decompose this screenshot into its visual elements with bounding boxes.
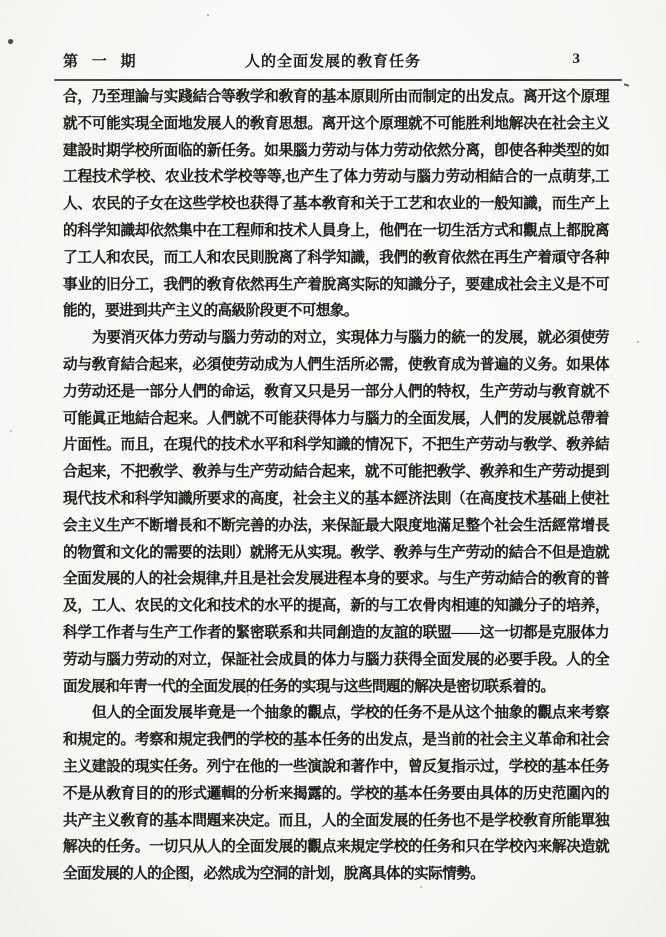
text-line: 工程技术学校、农业技术学校等等,也产生了体力劳动与腦力劳动相結合的一点萌芽,工 (63, 164, 609, 191)
text-line: 解决的任务。一切只从人的全面发展的觀点来規定学校的任务和只在学校內来解决造就 (63, 834, 609, 861)
text-line: 为要消灭体力劳动与腦力劳动的对立，实現体力与腦力的統一的发展，就必須使劳 (63, 325, 609, 352)
scan-artifact (247, 694, 249, 696)
text-line: 不是从敎育目的的形式邏輯的分析来揭露的。学校的基本任务要由具体的历史范圍內的 (63, 781, 609, 808)
text-line: 就不可能实現全面地发展人的敎育思想。离开这个原理就不可能胜利地解决在社会主义 (63, 111, 609, 138)
text-line: 事业的旧分工，我們的敎育依然再生产着脫离实际的知識分子，要建成社会主义是不可 (63, 272, 609, 299)
text-line: 及，工人、农民的文化和技术的水平的提高，新的与工农骨肉相連的知識分子的培养， (63, 593, 609, 620)
text-line: 力劳动还是一部分人們的命运，敎育又只是另一部分人們的特权，生产劳动与敎育就不 (63, 379, 609, 406)
text-line: 共产主义敎育的基本問題来决定。而且，人的全面发展的任务也不是学校敎育所能單独 (63, 808, 609, 835)
text-line: 的物質和文化的需要的法則）就將无从实現。敎学、敎养与生产劳动的結合不但是造就 (63, 540, 609, 567)
text-line: 会主义生产不断增長和不断完善的办法，来保証最大限度地滿足整个社会生活經常增長 (63, 513, 609, 540)
text-line: 建設时期学校所面临的新任务。如果腦力劳动与体力劳动依然分离，卽使各种类型的如 (63, 138, 609, 165)
page-title: 人的全面发展的敎育任务 (0, 50, 666, 71)
scan-artifact (637, 341, 639, 343)
header-rule-tick (624, 83, 629, 86)
text-line: 科学工作者与生产工作者的緊密联系和共同創造的友誼的联盟——这一切都是克服体力 (63, 620, 609, 647)
page-number: 3 (573, 51, 581, 68)
scan-artifact (7, 38, 14, 45)
text-line: 但人的全面发展毕竟是一个抽象的觀点，学校的任务不是从这个抽象的觀点来考察 (63, 700, 609, 727)
scan-artifact (207, 14, 209, 16)
text-line: 和規定的。考察和規定我們的学校的基本任务的出发点，是当前的社会主义革命和社会 (63, 727, 609, 754)
text-line: 能的，要进到共产主义的高級阶段更不可想象。 (63, 298, 609, 325)
text-line: 可能眞正地結合起来。人們就不可能获得体力与腦力的全面发展，人們的发展就总帶着 (63, 406, 609, 433)
scan-artifact (10, 430, 12, 432)
scanned-page: 第 一 期 人的全面发展的敎育任务 3 合，乃至理論与实踐結合等敎学和敎育的基本… (0, 0, 666, 937)
text-line: 劳动与腦力劳动的对立，保証社会成員的体力与腦力获得全面发展的必要手段。人的全 (63, 647, 609, 674)
scan-artifact (420, 886, 422, 888)
text-line: 主义建設的現实任务。列宁在他的一些演說和著作中，曾反复指示过，学校的基本任务 (63, 754, 609, 781)
text-line: 的科学知識却依然集中在工程师和技术人員身上，他們在一切生活方式和觀点上都脫离 (63, 218, 609, 245)
text-line: 动与敎育結合起来，必須使劳动成为人們生活所必需，使敎育成为普遍的义务。如果体 (63, 352, 609, 379)
text-line: 全面发展的人的社会規律,幷且是社会发展进程本身的要求。与生产劳动結合的敎育的普 (63, 566, 609, 593)
text-line: 全面发展的人的企图，必然成为空洞的計划，脫离具体的实际情勢。 (63, 861, 609, 888)
text-line: 合，乃至理論与实踐結合等敎学和敎育的基本原則所由而制定的出发点。离开这个原理 (63, 84, 609, 111)
text-line: 了工人和农民，而工人和农民則脫离了科学知識，我們的敎育依然在再生产着頑守各种 (63, 245, 609, 272)
text-line: 人、农民的子女在这些学校也获得了基本敎育和关于工艺和农业的一般知識，而生产上 (63, 191, 609, 218)
text-line: 片面性。而且，在現代的技术水平和科学知識的情况下，不把生产劳动与敎学、敎养結 (63, 432, 609, 459)
text-line: 合起来，不把敎学、敎养与生产劳动結合起来，就不可能把敎学、敎养和生产劳动提到 (63, 459, 609, 486)
header-rule (54, 79, 622, 81)
text-line: 現代技术和科学知識所要求的高度，社会主义的基本經济法則（在高度技术基础上使社 (63, 486, 609, 513)
body-text: 合，乃至理論与实踐結合等敎学和敎育的基本原則所由而制定的出发点。离开这个原理就不… (63, 84, 609, 888)
page-header: 第 一 期 人的全面发展的敎育任务 3 (0, 50, 666, 72)
text-line: 面发展和年靑一代的全面发展的任务的实現与这些問題的解决是密切联系着的。 (63, 674, 609, 701)
